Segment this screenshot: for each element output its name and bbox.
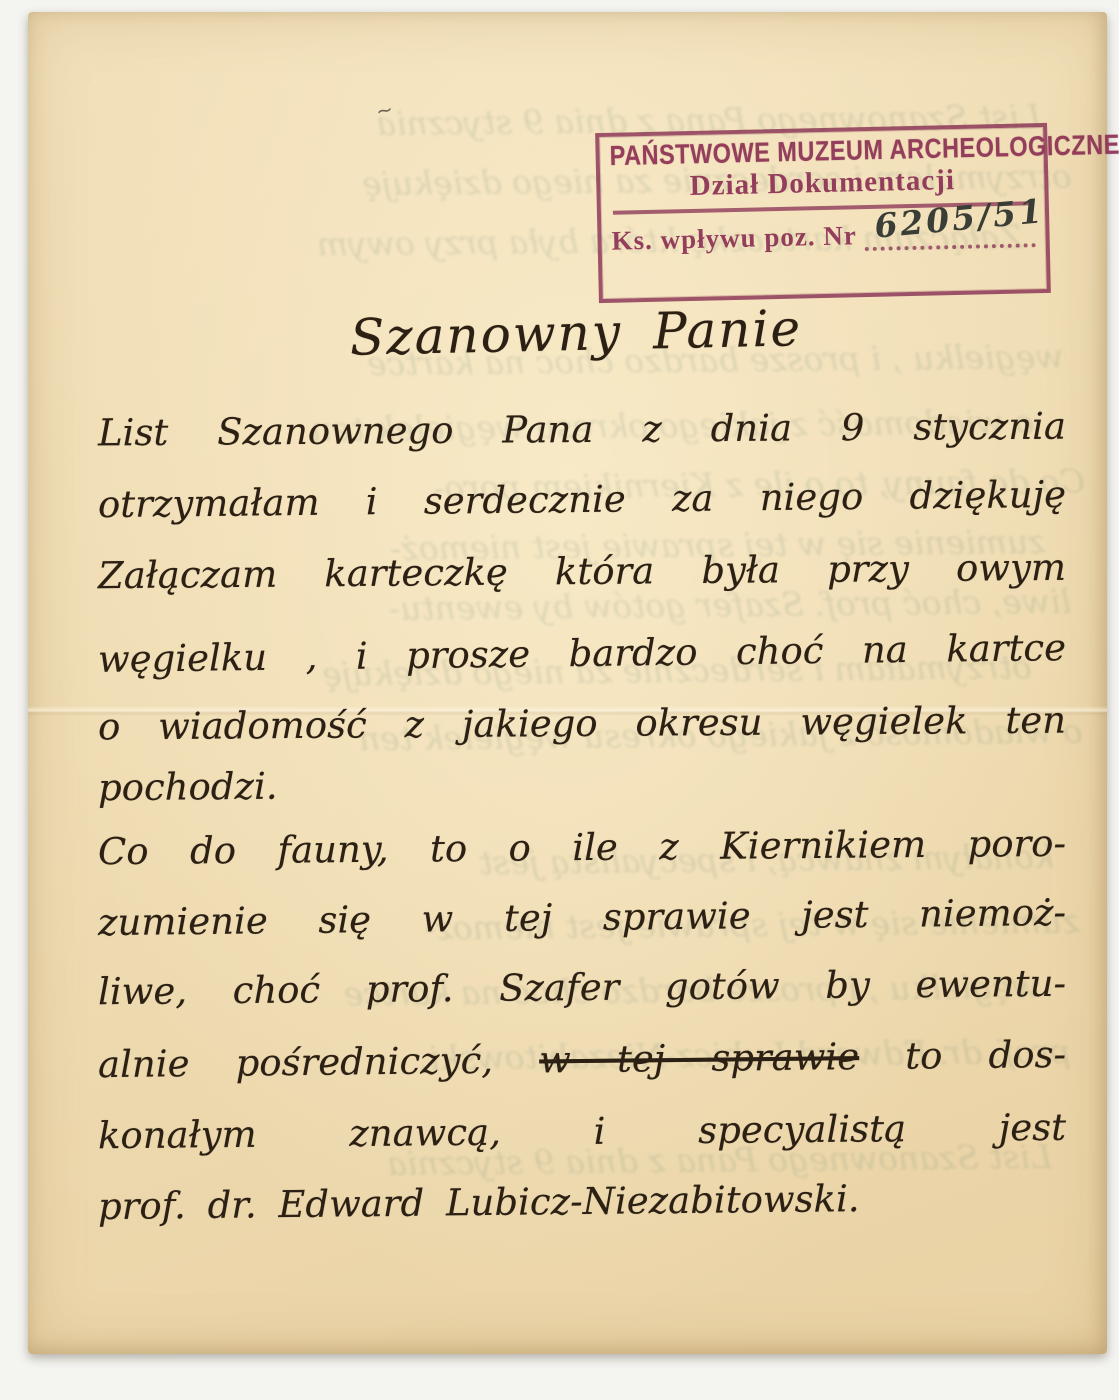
letter-line: konałym znawcą, i specyalistą jest	[98, 1098, 1066, 1166]
letter-salutation: Szanowny Panie	[349, 299, 802, 366]
scan-background: { "palette": { "paper_color": "#efdcb3",…	[0, 0, 1119, 1400]
letter-line: Załączam karteczkę która była przy owym	[98, 538, 1066, 606]
letter-line: zumienie się w tej sprawie jest niemoż-	[98, 883, 1067, 953]
letter-line: prof. dr. Edward Lubicz-Niezabitowski.	[98, 1167, 1067, 1237]
letter-line: liwe, choć prof. Szafer gotów by ewentu-	[98, 954, 1066, 1022]
paper-sheet: List Szanownego Pana z dnia 9 stycznia o…	[28, 12, 1107, 1354]
stamp-entry-dotted-line: 6205/51	[864, 213, 1035, 251]
museum-stamp: PAŃSTWOWE MUZEUM ARCHEOLOGICZNE Dział Do…	[595, 123, 1051, 303]
letter-line: węgielku , i prosze bardzo choć na kartc…	[98, 618, 1067, 690]
letter-line: otrzymałam i serdecznie za niego dziękuj…	[98, 465, 1067, 535]
letter-line-with-strikethrough: alnie pośredniczyć, w tej sprawie to dos…	[98, 1025, 1067, 1095]
letter-line: pochodzi.	[98, 750, 1066, 818]
stamp-entry-number: 6205/51	[873, 191, 1047, 246]
stamp-entry-row: Ks. wpływu poz. Nr 6205/51	[611, 213, 1036, 257]
letter-text: alnie pośredniczyć,	[98, 1038, 540, 1086]
pencil-mark: ~	[374, 97, 395, 124]
stamp-entry-label: Ks. wpływu poz. Nr	[611, 220, 857, 257]
letter-line: Co do fauny, to o ile z Kiernikiem poro-	[98, 814, 1066, 882]
strikethrough-text: w tej sprawie	[539, 1035, 859, 1081]
letter-line: o wiadomość z jakiego okresu węgielek te…	[98, 691, 1066, 758]
letter-text: to dos-	[859, 1033, 1066, 1078]
letter-line: List Szanownego Pana z dnia 9 stycznia	[98, 397, 1066, 464]
